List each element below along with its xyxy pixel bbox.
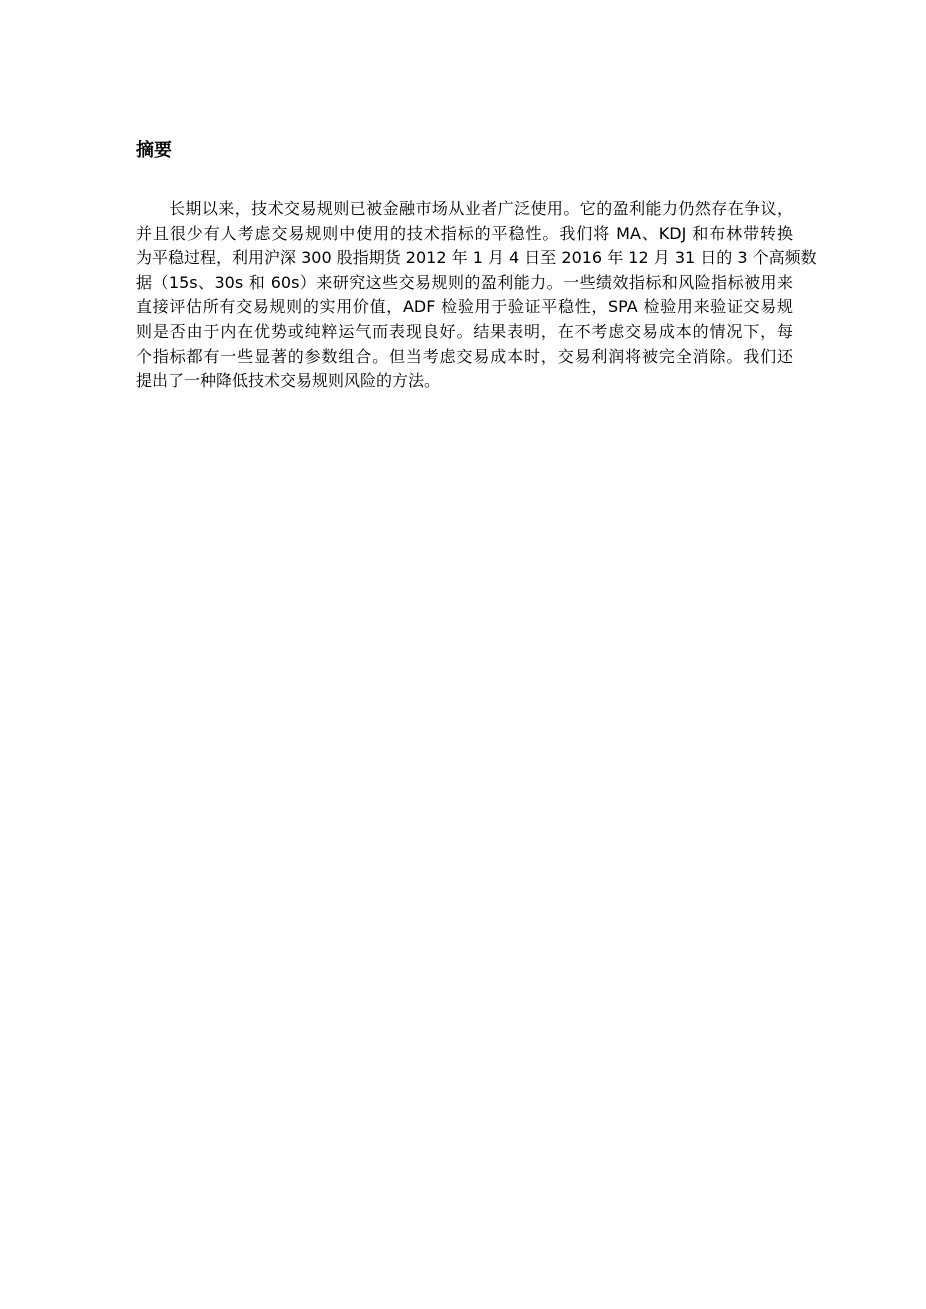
abstract-line-8: 提出了一种降低技术交易规则风险的方法。 [136,369,793,394]
abstract-line-4: 据（15s、30s 和 60s）来研究这些交易规则的盈利能力。一些绩效指标和风险… [136,271,793,296]
abstract-line-6: 则是否由于内在优势或纯粹运气而表现良好。结果表明，在不考虑交易成本的情况下，每 [136,320,793,345]
abstract-line-3: 为平稳过程，利用沪深 300 股指期货 2012 年 1 月 4 日至 2016… [136,246,793,271]
abstract-section: 摘要 长期以来，技术交易规则已被金融市场从业者广泛使用。它的盈利能力仍然存在争议… [136,140,793,394]
abstract-heading: 摘要 [136,140,793,162]
abstract-line-5: 直接评估所有交易规则的实用价值，ADF 检验用于验证平稳性，SPA 检验用来验证… [136,295,793,320]
document-page: 摘要 长期以来，技术交易规则已被金融市场从业者广泛使用。它的盈利能力仍然存在争议… [0,0,926,1309]
abstract-paragraph: 长期以来，技术交易规则已被金融市场从业者广泛使用。它的盈利能力仍然存在争议， 并… [136,197,793,394]
abstract-line-7: 个指标都有一些显著的参数组合。但当考虑交易成本时，交易利润将被完全消除。我们还 [136,345,793,370]
abstract-line-1: 长期以来，技术交易规则已被金融市场从业者广泛使用。它的盈利能力仍然存在争议， [136,197,793,222]
abstract-line-2: 并且很少有人考虑交易规则中使用的技术指标的平稳性。我们将 MA、KDJ 和布林带… [136,222,793,247]
